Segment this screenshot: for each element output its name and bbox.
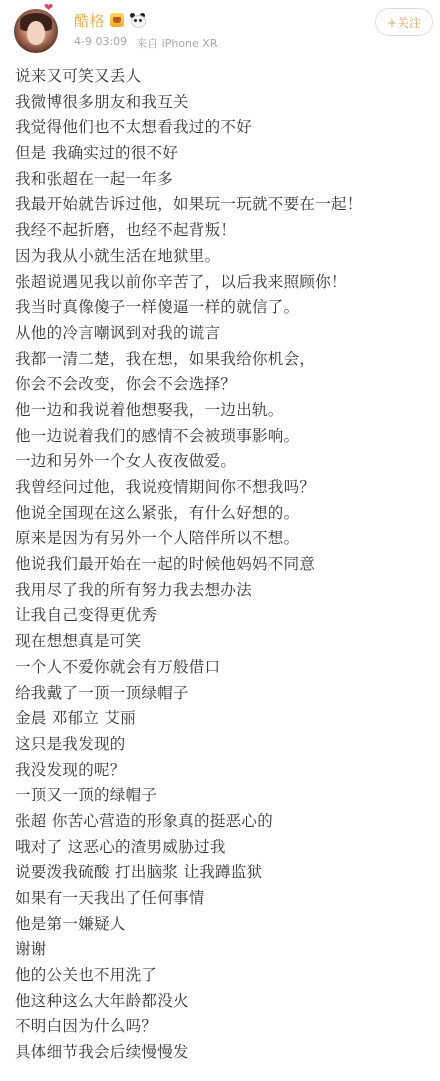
post-line: 给我戴了一顶一顶绿帽子 [15,681,435,707]
post-body: 说来又可笑又丢人 我微博很多朋友和我互关 我觉得他们也不太想看我过的不好 但是 … [15,64,435,1066]
post-line: 一个人不爱你就会有万般借口 [15,655,435,681]
post-header: ❤ 酷格 4-9 03:09 来自 iPhone XR +关注 [0,0,440,60]
avatar[interactable] [14,9,58,53]
post-line: 我微博很多朋友和我互关 [15,90,435,116]
panda-badge-icon[interactable] [129,13,145,27]
post-line: 这只是我发现的 [15,732,435,758]
post-line: 一边和另外一个女人夜夜做爱。 [15,449,435,475]
post-line: 我都一清二楚，我在想，如果我给你机会， [15,347,435,373]
vip-crown-badge-icon[interactable] [110,13,124,27]
post-source: 来自 iPhone XR [136,35,217,51]
username[interactable]: 酷格 [74,10,105,31]
follow-button[interactable]: +关注 [375,8,433,36]
post-line: 他是第一嫌疑人 [15,912,435,938]
post-line: 我觉得他们也不太想看我过的不好 [15,115,435,141]
post-line: 金晨 邓郁立 艾丽 [15,706,435,732]
post-line: 从他的冷言嘲讽到对我的谎言 [15,321,435,347]
name-row: 酷格 [74,9,145,31]
post-line: 哦对了 这恶心的渣男威胁过我 [15,835,435,861]
avatar-container[interactable]: ❤ [14,9,58,53]
post-line: 张超 你苦心营造的形象真的挺恶心的 [15,809,435,835]
avatar-face [27,21,45,45]
post-timestamp: 4-9 03:09 [74,35,127,51]
post-line: 你会不会改变，你会不会选择？ [15,372,435,398]
post-line: 不明白因为什么吗？ [15,1014,435,1040]
post-line: 如果有一天我出了任何事情 [15,886,435,912]
post-line: 他一边说着我们的感情不会被琐事影响。 [15,424,435,450]
post-line: 现在想想真是可笑 [15,629,435,655]
post-line: 因为我从小就生活在地狱里。 [15,244,435,270]
post-line: 说要泼我硫酸 打出脑浆 让我蹲监狱 [15,860,435,886]
post-line: 我当时真像傻子一样傻逼一样的就信了。 [15,295,435,321]
panda-eye-right [139,19,142,22]
post-line: 我没发现的呢？ [15,758,435,784]
post-meta: 4-9 03:09 来自 iPhone XR [74,35,217,51]
post-line: 他一边和我说着他想娶我，一边出轨。 [15,398,435,424]
panda-eye-left [134,19,137,22]
post-line: 说来又可笑又丢人 [15,64,435,90]
post-line: 一顶又一顶的绿帽子 [15,783,435,809]
post-line: 他说全国现在这么紧张，有什么好想的。 [15,501,435,527]
post-line: 我经不起折磨，也经不起背叛！ [15,218,435,244]
heart-decoration-icon: ❤ [44,3,56,13]
post-line: 他说我们最开始在一起的时候他妈妈不同意 [15,552,435,578]
post-line: 我最开始就告诉过他，如果玩一玩就不要在一起！ [15,192,435,218]
post-line: 具体细节我会后续慢慢发 [15,1040,435,1066]
post-line: 谢谢 [15,937,435,963]
post-line: 但是 我确实过的很不好 [15,141,435,167]
post-line: 张超说遇见我以前你辛苦了，以后我来照顾你！ [15,270,435,296]
post-line: 我用尽了我的所有努力我去想办法 [15,578,435,604]
post-line: 他的公关也不用洗了 [15,963,435,989]
post-line: 让我自己变得更优秀 [15,603,435,629]
post-line: 我曾经问过他，我说疫情期间你不想我吗？ [15,475,435,501]
post-line: 他这种这么大年龄都没火 [15,989,435,1015]
post-line: 我和张超在一起一年多 [15,167,435,193]
post-line: 原来是因为有另外一个人陪伴所以不想。 [15,526,435,552]
